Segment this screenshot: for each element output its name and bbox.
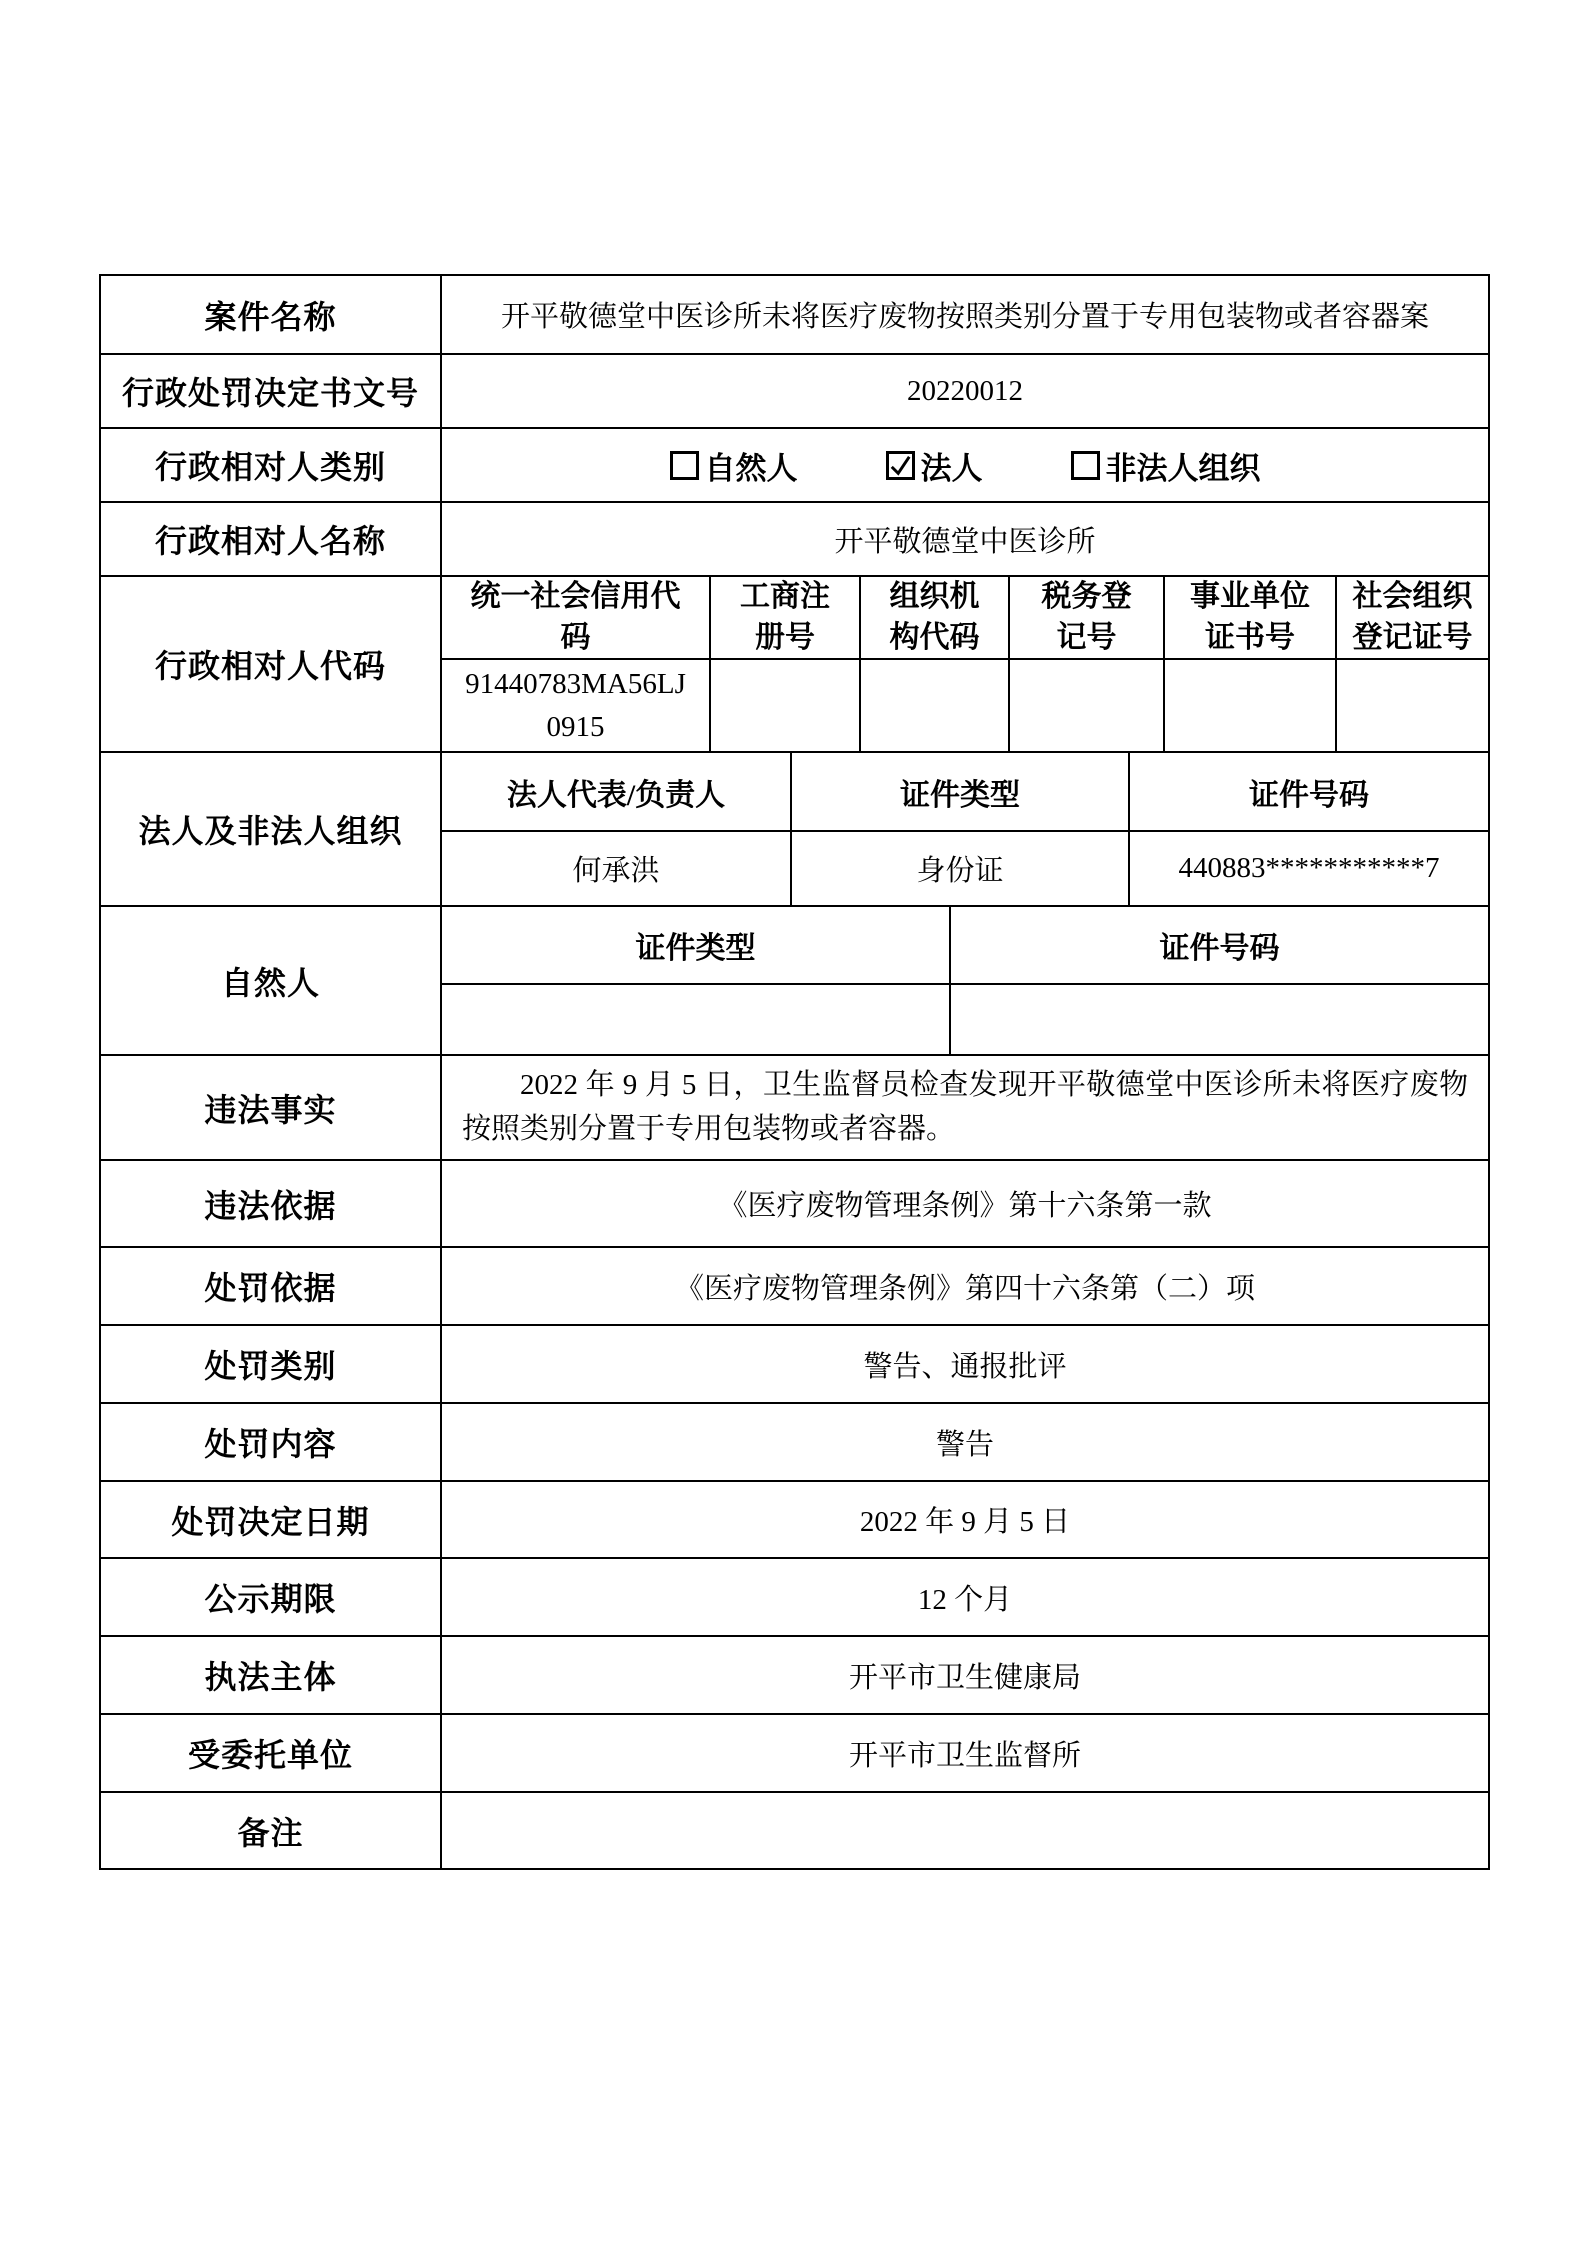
party-code-value-social-org-cert [1336,659,1489,752]
party-code-header-tax-reg: 税务登记号 [1009,576,1164,659]
party-code-header-business-reg: 工商注册号 [710,576,860,659]
party-code-value-tax-reg [1009,659,1164,752]
party-code-header-uscc: 统一社会信用代码 [441,576,710,659]
penalty-content-value: 警告 [441,1403,1489,1481]
option-non-legal-org: 非法人组织 [1071,443,1261,488]
table-row: 自然人 证件类型 证件号码 [100,906,1489,984]
table-row: 处罚内容 警告 [100,1403,1489,1481]
party-code-value-institution-cert [1164,659,1336,752]
party-code-value-business-reg [710,659,860,752]
legal-rep-header: 法人代表/负责人 [441,752,791,831]
enforcement-body-value: 开平市卫生健康局 [441,1636,1489,1714]
party-code-value-org-code [860,659,1009,752]
table-row: 处罚依据 《医疗废物管理条例》第四十六条第（二）项 [100,1247,1489,1325]
table-row: 公示期限 12 个月 [100,1558,1489,1636]
natural-cert-type-header: 证件类型 [441,906,950,984]
option-natural-person: 自然人 [670,443,798,488]
party-code-label: 行政相对人代码 [100,576,441,752]
remarks-value [441,1792,1489,1869]
natural-cert-no-header: 证件号码 [950,906,1489,984]
remarks-label: 备注 [100,1792,441,1869]
natural-person-section-label: 自然人 [100,906,441,1055]
decision-date-value: 2022 年 9 月 5 日 [441,1481,1489,1558]
violation-basis-label: 违法依据 [100,1160,441,1247]
penalty-type-value: 警告、通报批评 [441,1325,1489,1403]
checkbox-non-legal-org[interactable] [1071,451,1100,480]
legal-rep-value: 何承洪 [441,831,791,906]
option-legal-person: 法人 [886,443,983,488]
table-row: 行政处罚决定书文号 20220012 [100,354,1489,428]
party-name-label: 行政相对人名称 [100,502,441,576]
party-code-header-institution-cert: 事业单位证书号 [1164,576,1336,659]
decision-doc-no-label: 行政处罚决定书文号 [100,354,441,428]
penalty-disclosure-page: 案件名称 开平敬德堂中医诊所未将医疗废物按照类别分置于专用包装物或者容器案 行政… [0,0,1587,2245]
party-type-options: 自然人 法人 非法人组织 [448,443,1482,488]
table-row: 法人及非法人组织 法人代表/负责人 证件类型 证件号码 [100,752,1489,831]
natural-cert-type-value [441,984,950,1055]
facts-label: 违法事实 [100,1055,441,1160]
option-natural-person-label: 自然人 [705,443,798,488]
penalty-type-label: 处罚类别 [100,1325,441,1403]
option-non-legal-org-label: 非法人组织 [1106,443,1261,488]
table-row: 备注 [100,1792,1489,1869]
party-type-options-cell: 自然人 法人 非法人组织 [441,428,1489,502]
party-code-value-uscc: 91440783MA56LJ0915 [441,659,710,752]
penalty-content-label: 处罚内容 [100,1403,441,1481]
legal-cert-no-value: 440883***********7 [1129,831,1489,906]
entrusted-unit-value: 开平市卫生监督所 [441,1714,1489,1792]
decision-date-label: 处罚决定日期 [100,1481,441,1558]
entrusted-unit-label: 受委托单位 [100,1714,441,1792]
penalty-basis-label: 处罚依据 [100,1247,441,1325]
enforcement-body-label: 执法主体 [100,1636,441,1714]
party-code-header-org-code: 组织机构代码 [860,576,1009,659]
party-code-header-social-org-cert: 社会组织登记证号 [1336,576,1489,659]
table-row: 违法依据 《医疗废物管理条例》第十六条第一款 [100,1160,1489,1247]
facts-text: 2022 年 9 月 5 日，卫生监督员检查发现开平敬德堂中医诊所未将医疗废物按… [462,1064,1468,1151]
legal-cert-type-header: 证件类型 [791,752,1129,831]
table-row: 执法主体 开平市卫生健康局 [100,1636,1489,1714]
party-type-label: 行政相对人类别 [100,428,441,502]
facts-cell: 2022 年 9 月 5 日，卫生监督员检查发现开平敬德堂中医诊所未将医疗废物按… [441,1055,1489,1160]
natural-cert-no-value [950,984,1489,1055]
table-row: 行政相对人代码 统一社会信用代码 工商注册号 组织机构代码 税务登记号 事业单位… [100,576,1489,659]
legal-person-section-label: 法人及非法人组织 [100,752,441,906]
table-row: 受委托单位 开平市卫生监督所 [100,1714,1489,1792]
penalty-disclosure-table: 案件名称 开平敬德堂中医诊所未将医疗废物按照类别分置于专用包装物或者容器案 行政… [99,274,1490,1870]
table-row: 行政相对人名称 开平敬德堂中医诊所 [100,502,1489,576]
table-row: 处罚决定日期 2022 年 9 月 5 日 [100,1481,1489,1558]
violation-basis-value: 《医疗废物管理条例》第十六条第一款 [441,1160,1489,1247]
table-row: 处罚类别 警告、通报批评 [100,1325,1489,1403]
penalty-basis-value: 《医疗废物管理条例》第四十六条第（二）项 [441,1247,1489,1325]
option-legal-person-label: 法人 [921,443,983,488]
case-name-label: 案件名称 [100,275,441,354]
party-name-value: 开平敬德堂中医诊所 [441,502,1489,576]
publicity-period-value: 12 个月 [441,1558,1489,1636]
checkbox-natural-person[interactable] [670,451,699,480]
case-name-value: 开平敬德堂中医诊所未将医疗废物按照类别分置于专用包装物或者容器案 [441,275,1489,354]
table-row: 行政相对人类别 自然人 法人 [100,428,1489,502]
check-icon [889,453,912,478]
table-row: 案件名称 开平敬德堂中医诊所未将医疗废物按照类别分置于专用包装物或者容器案 [100,275,1489,354]
legal-cert-type-value: 身份证 [791,831,1129,906]
checkbox-legal-person[interactable] [886,451,915,480]
publicity-period-label: 公示期限 [100,1558,441,1636]
legal-cert-no-header: 证件号码 [1129,752,1489,831]
decision-doc-no-value: 20220012 [441,354,1489,428]
table-row: 违法事实 2022 年 9 月 5 日，卫生监督员检查发现开平敬德堂中医诊所未将… [100,1055,1489,1160]
